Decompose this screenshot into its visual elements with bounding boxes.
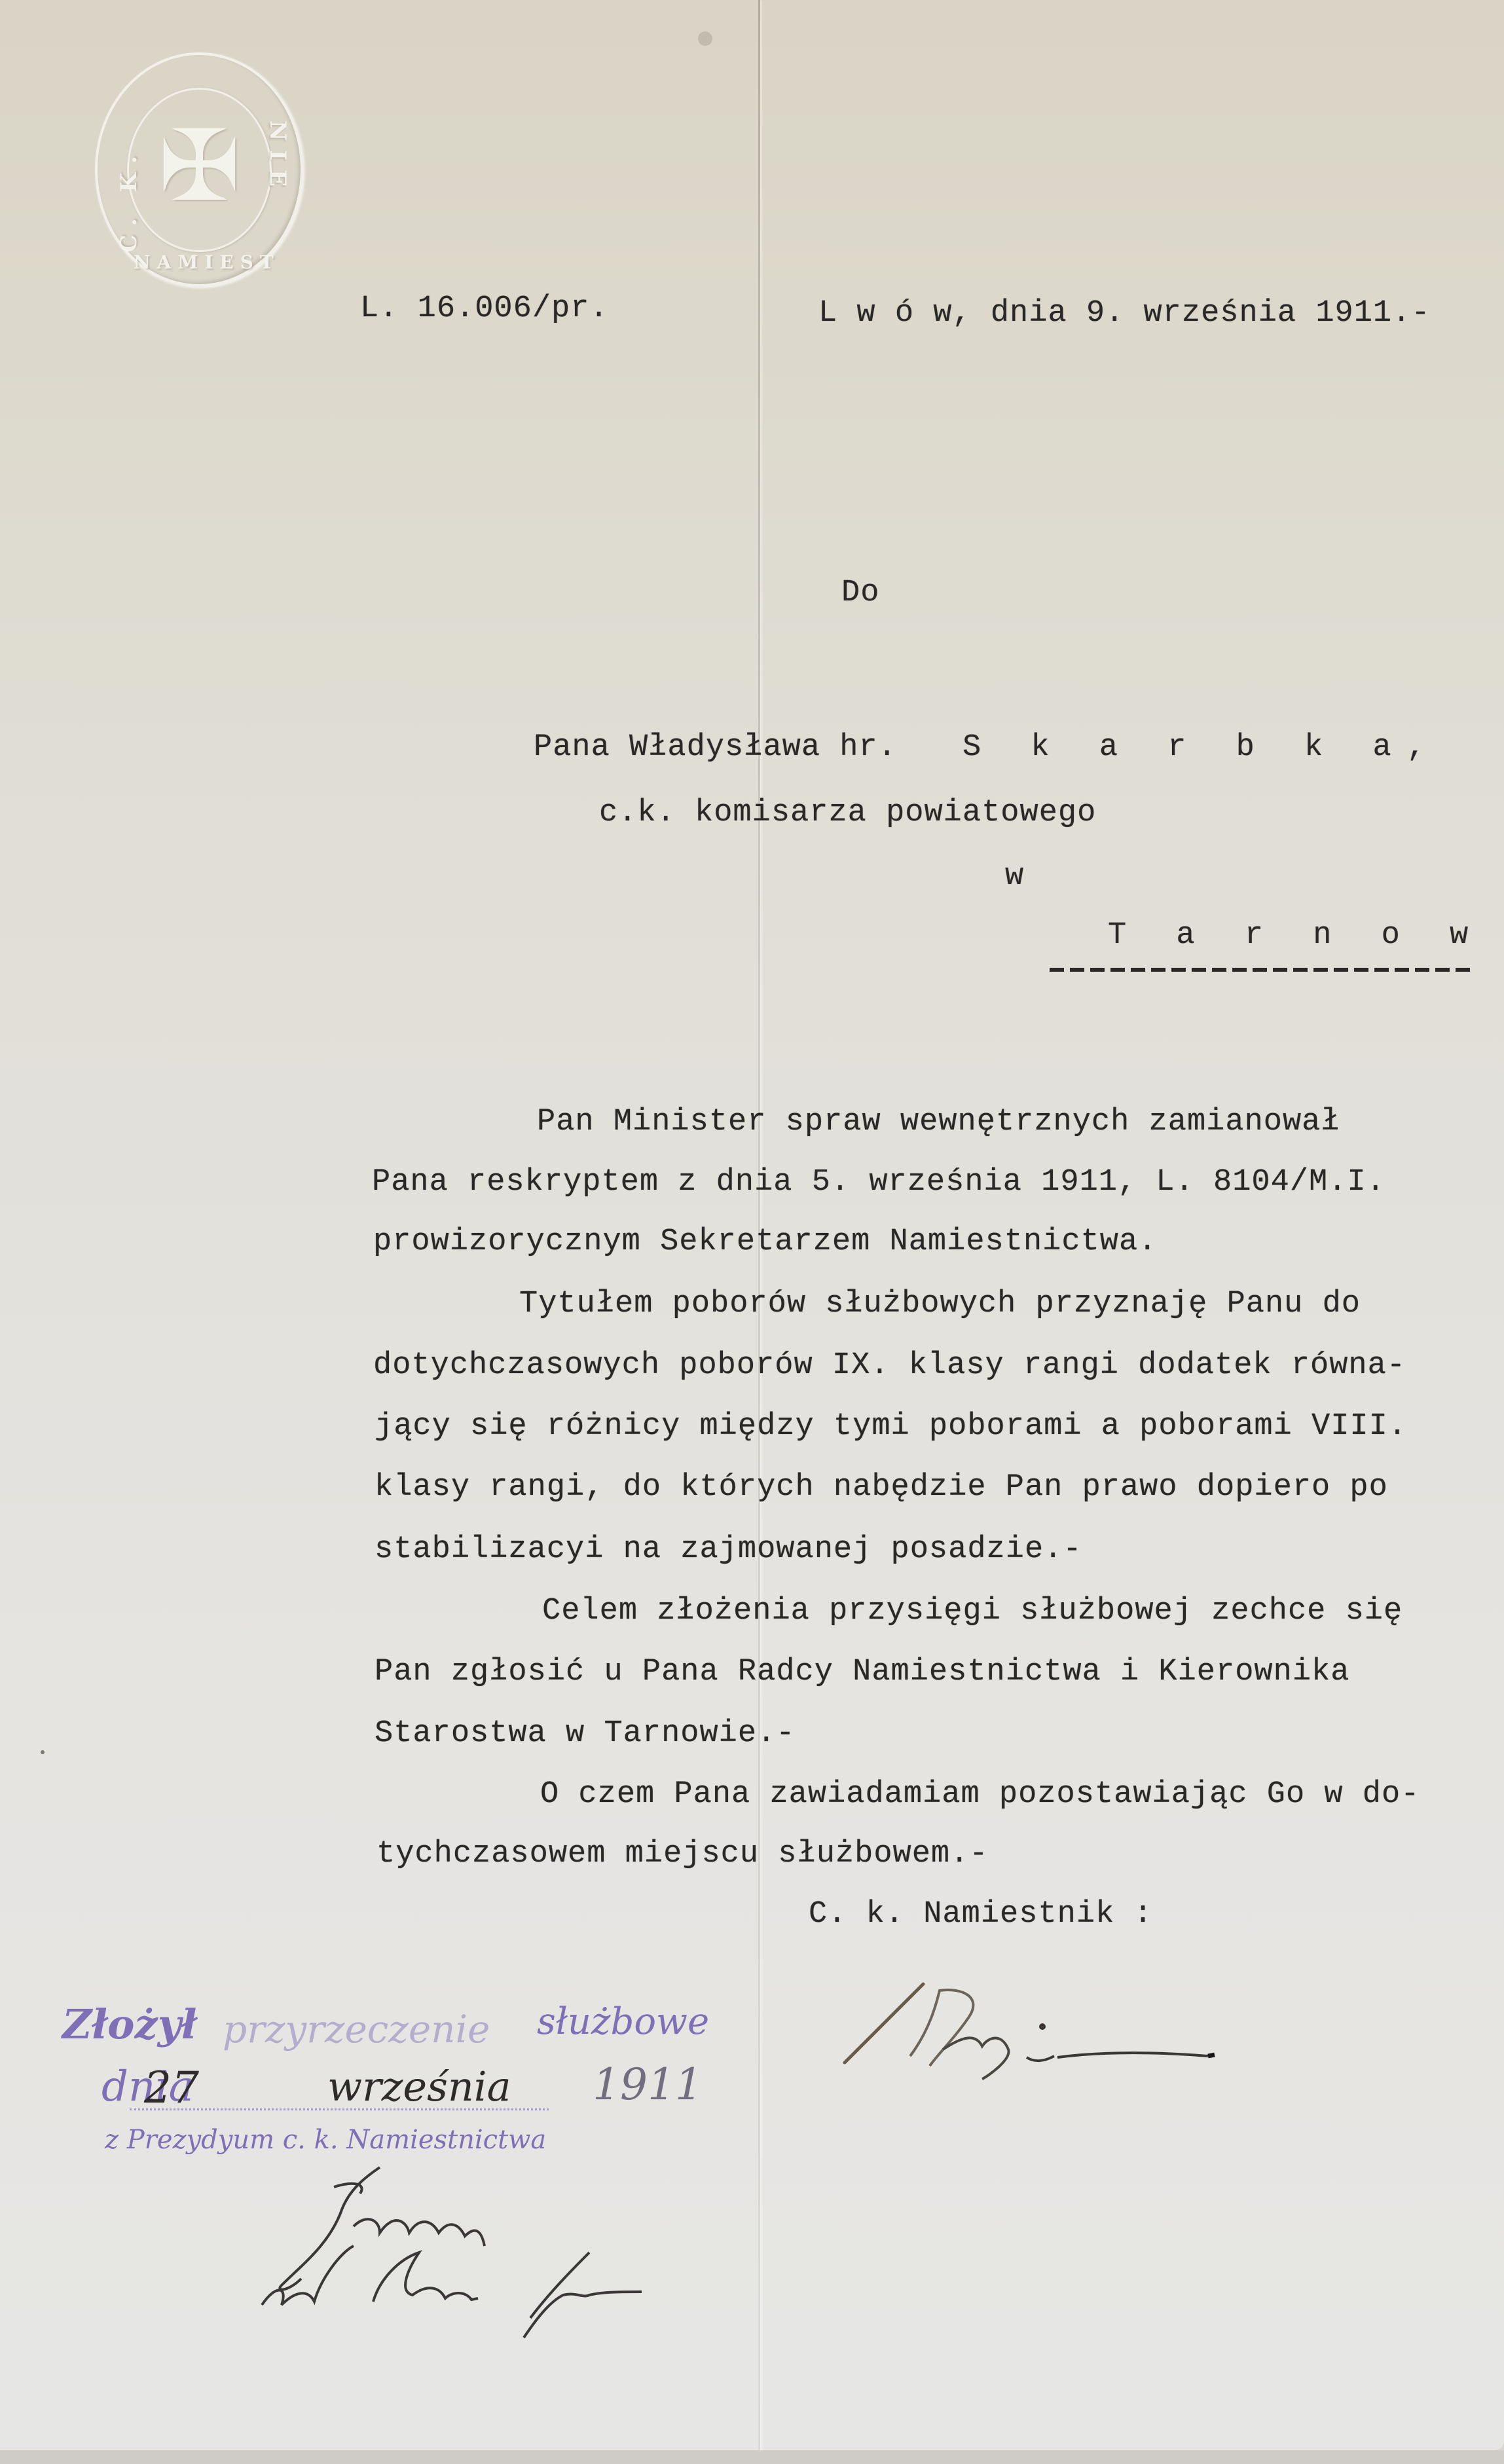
body-line: Pan zgłosić u Pana Radcy Namiestnictwa i… — [375, 1657, 1349, 1687]
recipient-title: c.k. komisarza powiatowego — [599, 798, 1096, 828]
body-line: jący się różnicy między tymi poborami a … — [375, 1411, 1407, 1442]
body-line: O czem Pana zawiadamiam pozostawiając Go… — [540, 1779, 1420, 1810]
body-line: prowizorycznym Sekretarzem Namiestnictwa… — [373, 1226, 1157, 1257]
address-preposition: w — [1005, 861, 1024, 892]
stamp-line1-middle: przyrzeczenie — [223, 2007, 490, 2051]
stamp-line1-start: Złożył — [62, 2000, 197, 2048]
seal-right-letters: NIE — [265, 120, 291, 196]
seal-bottom-letters: NAMIEST — [134, 251, 280, 273]
body-line: Starostwa w Tarnowie.- — [375, 1718, 796, 1749]
body-line: dotychczasowych poborów IX. klasy rangi … — [373, 1350, 1406, 1381]
paper-stain — [698, 31, 712, 46]
stamp-line3: z Prezydyum c. k. Namiestnictwa — [105, 2125, 546, 2155]
recipient-city: T a r n o w i e. — [1108, 920, 1504, 951]
body-line: tychczasowem miejscu służbowem.- — [376, 1839, 989, 1869]
handwritten-month: września — [327, 2063, 511, 2110]
official-title-handwritten — [249, 2239, 655, 2344]
body-line: stabilizacyi na zajmowanej posadzie.- — [375, 1534, 1082, 1565]
body-line: Pana reskryptem z dnia 5. września 1911,… — [372, 1167, 1385, 1198]
embossed-seal: ✠ C. K. NIE NAMIEST — [95, 52, 303, 287]
background-surface — [0, 2450, 1504, 2464]
body-line: klasy rangi, do których nabędzie Pan pra… — [375, 1472, 1388, 1503]
stamp-year: 1911 — [593, 2059, 703, 2110]
place-date: L w ó w, dnia 9. września 1911.- — [818, 298, 1431, 329]
double-headed-eagle-icon: ✠ — [129, 109, 270, 223]
stamp-line1-end: służbowe — [537, 2000, 709, 2043]
seal-left-letters: C. K. — [116, 147, 142, 253]
recipient-prefix: Pana Władysława hr. — [534, 732, 897, 763]
paper-speck — [41, 1750, 45, 1754]
body-line: Pan Minister spraw wewnętrznych zamianow… — [537, 1107, 1340, 1137]
recipient-surname: S k a r b k a, — [963, 732, 1441, 763]
handwritten-day: 27 — [144, 2063, 199, 2113]
governor-signature — [832, 1971, 1329, 2082]
city-underline — [1050, 968, 1472, 972]
body-line: Tytułem poborów służbowych przyznaję Pan… — [519, 1289, 1361, 1319]
reference-number: L. 16.006/pr. — [360, 293, 609, 324]
seal-inner-ring: ✠ — [127, 88, 272, 252]
signatory-title: C. k. Namiestnik : — [809, 1899, 1153, 1930]
address-to: Do — [841, 578, 879, 608]
body-line: Celem złożenia przysięgi służbowej zechc… — [542, 1596, 1403, 1627]
